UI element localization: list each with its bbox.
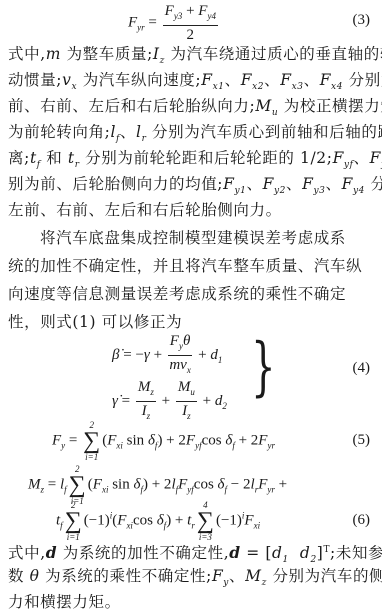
paragraph-line: 别为前、后轮胎侧向力的均值;Fy1、Fy2、Fy3、Fy4 分别为 (8, 174, 374, 201)
paragraph-line: 左前、右前、左后和右后轮胎侧向力。 (8, 200, 374, 220)
equation-5: Fy = 2∑i=1(Fxi sin δf) + 2Fyfcos δf + 2F… (52, 420, 275, 462)
paragraph-line: 前、右前、左后和右后轮胎纵向力;Mu 为校正横摆力矩;δf (8, 96, 374, 123)
paragraph-line: 性，则式(1) 可以修正为 (8, 312, 374, 332)
paragraph-line: 式中,m 为整车质量;Iz 为汽车绕通过质心的垂直轴的转 (8, 44, 374, 71)
paper-page: Fyr = Fy3 + Fy42 (3) 式中,m 为整车质量;Iz 为汽车绕通… (0, 0, 382, 612)
paragraph-line: 统的加性不确定性，并且将汽车整车质量、汽车纵 (8, 256, 374, 276)
equation-6-line-2: tf2∑i=1(−1)i(Fxicos δf) + tr4∑i=3(−1)iFx… (56, 500, 260, 542)
equation-3: Fyr = Fy3 + Fy42 (128, 2, 220, 44)
paragraph-line: 向速度等信息测量误差考虑成系统的乘性不确定 (8, 284, 374, 304)
paragraph-line: 离;tf 和 tr 分别为前轮轮距和后轮轮距的 1/2;Fyf、Fyr 分 (8, 148, 374, 175)
paragraph-line: 力和横摆力矩。 (8, 592, 374, 612)
paragraph-line: 为前轮转向角;lf、lr 分别为汽车质心到前轴和后轴的距 (8, 122, 374, 149)
paragraph-line: 将汽车底盘集成控制模型建模误差考虑成系 (40, 228, 374, 248)
equation-number-6: (6) (353, 512, 371, 529)
paragraph-line: 动惯量;vx 为汽车纵向速度;Fx1、Fx2、Fx3、Fx4 分别为左 (8, 70, 374, 97)
paragraph-line: 数 θ 为系统的乘性不确定性;Fy、Mz 分别为汽车的侧向 (8, 566, 374, 593)
equation-4-line-1: β̇ = −γ + Fyθmvx + d1 (112, 332, 222, 379)
equation-4-line-2: γ̇ = MzIz + MuIz + d2 (112, 378, 227, 425)
equation-number-4: (4) (353, 360, 371, 377)
equation-number-3: (3) (353, 12, 371, 29)
right-brace: } (251, 330, 275, 404)
equation-number-5: (5) (353, 432, 371, 449)
